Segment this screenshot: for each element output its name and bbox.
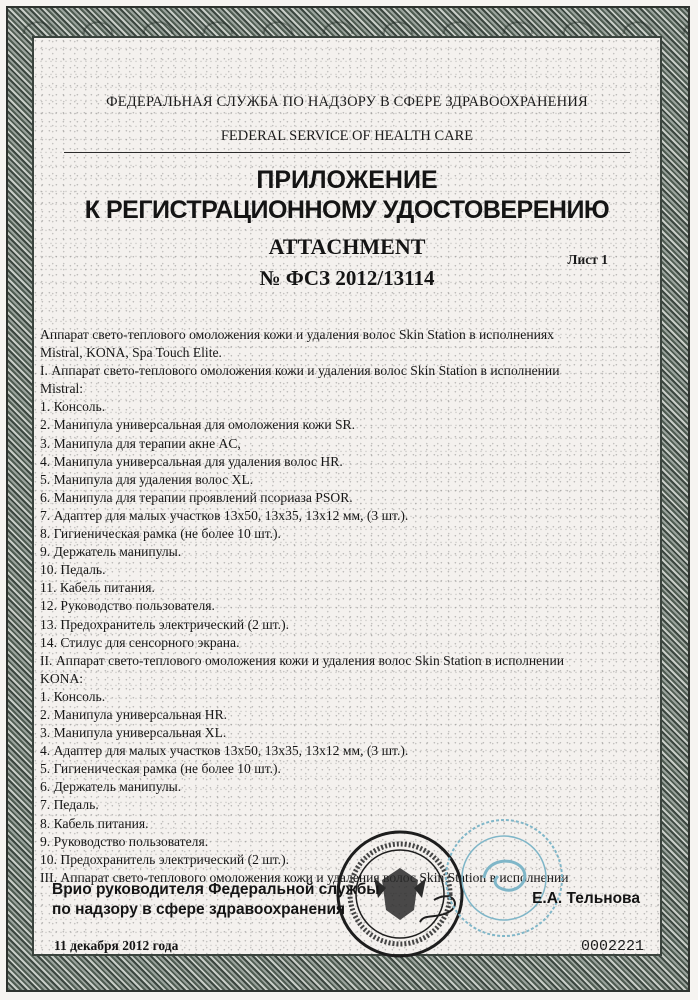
registration-number: № ФСЗ 2012/13114 [34, 266, 660, 291]
list-line: 1. Консоль. [40, 688, 650, 706]
list-line: 4. Адаптер для малых участков 13х50, 13х… [40, 742, 650, 760]
list-line: II. Аппарат свето-теплового омоложения к… [40, 652, 650, 670]
header-divider [64, 152, 630, 153]
list-line: 6. Держатель манипулы. [40, 778, 650, 796]
serial-number: 0002221 [581, 938, 644, 955]
signatory-name: Е.А. Тельнова [532, 890, 640, 908]
list-line: 11. Кабель питания. [40, 579, 650, 597]
title-attachment-ru: ПРИЛОЖЕНИЕ [34, 166, 660, 195]
list-line: 12. Руководство пользователя. [40, 597, 650, 615]
title-attachment-en: ATTACHMENT [34, 234, 660, 260]
list-line: 13. Предохранитель электрический (2 шт.)… [40, 616, 650, 634]
issue-date: 11 декабря 2012 года [54, 938, 178, 954]
agency-name-ru: ФЕДЕРАЛЬНАЯ СЛУЖБА ПО НАДЗОРУ В СФЕРЕ ЗД… [34, 94, 660, 111]
list-line: 2. Манипула универсальная для омоложения… [40, 416, 650, 434]
list-line: Mistral, KONA, Spa Touch Elite. [40, 344, 650, 362]
list-line: 7. Педаль. [40, 796, 650, 814]
list-line: 5. Манипула для удаления волос XL. [40, 471, 650, 489]
list-line: Mistral: [40, 380, 650, 398]
list-line: 2. Манипула универсальная HR. [40, 706, 650, 724]
equipment-list: Аппарат свето-теплового омоложения кожи … [40, 326, 650, 887]
list-line: 1. Консоль. [40, 398, 650, 416]
list-line: 5. Гигиеническая рамка (не более 10 шт.)… [40, 760, 650, 778]
list-line: 9. Держатель манипулы. [40, 543, 650, 561]
document-page: ФЕДЕРАЛЬНАЯ СЛУЖБА ПО НАДЗОРУ В СФЕРЕ ЗД… [32, 36, 662, 956]
list-line: 3. Манипула универсальная XL. [40, 724, 650, 742]
blue-stamp [442, 816, 566, 940]
list-line: 3. Манипула для терапии акне AC, [40, 435, 650, 453]
signatory-title: Врио руководителя Федеральной службы по … [52, 880, 380, 920]
list-line: 10. Педаль. [40, 561, 650, 579]
signatory-title-line1: Врио руководителя Федеральной службы [52, 880, 380, 900]
list-line: KONA: [40, 670, 650, 688]
list-line: 8. Гигиеническая рамка (не более 10 шт.)… [40, 525, 650, 543]
title-certificate-ru: К РЕГИСТРАЦИОННОМУ УДОСТОВЕРЕНИЮ [34, 196, 660, 225]
list-line: 14. Стилус для сенсорного экрана. [40, 634, 650, 652]
signatory-title-line2: по надзору в сфере здравоохранения [52, 900, 380, 920]
list-line: 4. Манипула универсальная для удаления в… [40, 453, 650, 471]
list-line: 7. Адаптер для малых участков 13х50, 13х… [40, 507, 650, 525]
list-line: I. Аппарат свето-теплового омоложения ко… [40, 362, 650, 380]
list-line: Аппарат свето-теплового омоложения кожи … [40, 326, 650, 344]
agency-name-en: FEDERAL SERVICE OF HEALTH CARE [34, 128, 660, 145]
list-line: 6. Манипула для терапии проявлений псори… [40, 489, 650, 507]
